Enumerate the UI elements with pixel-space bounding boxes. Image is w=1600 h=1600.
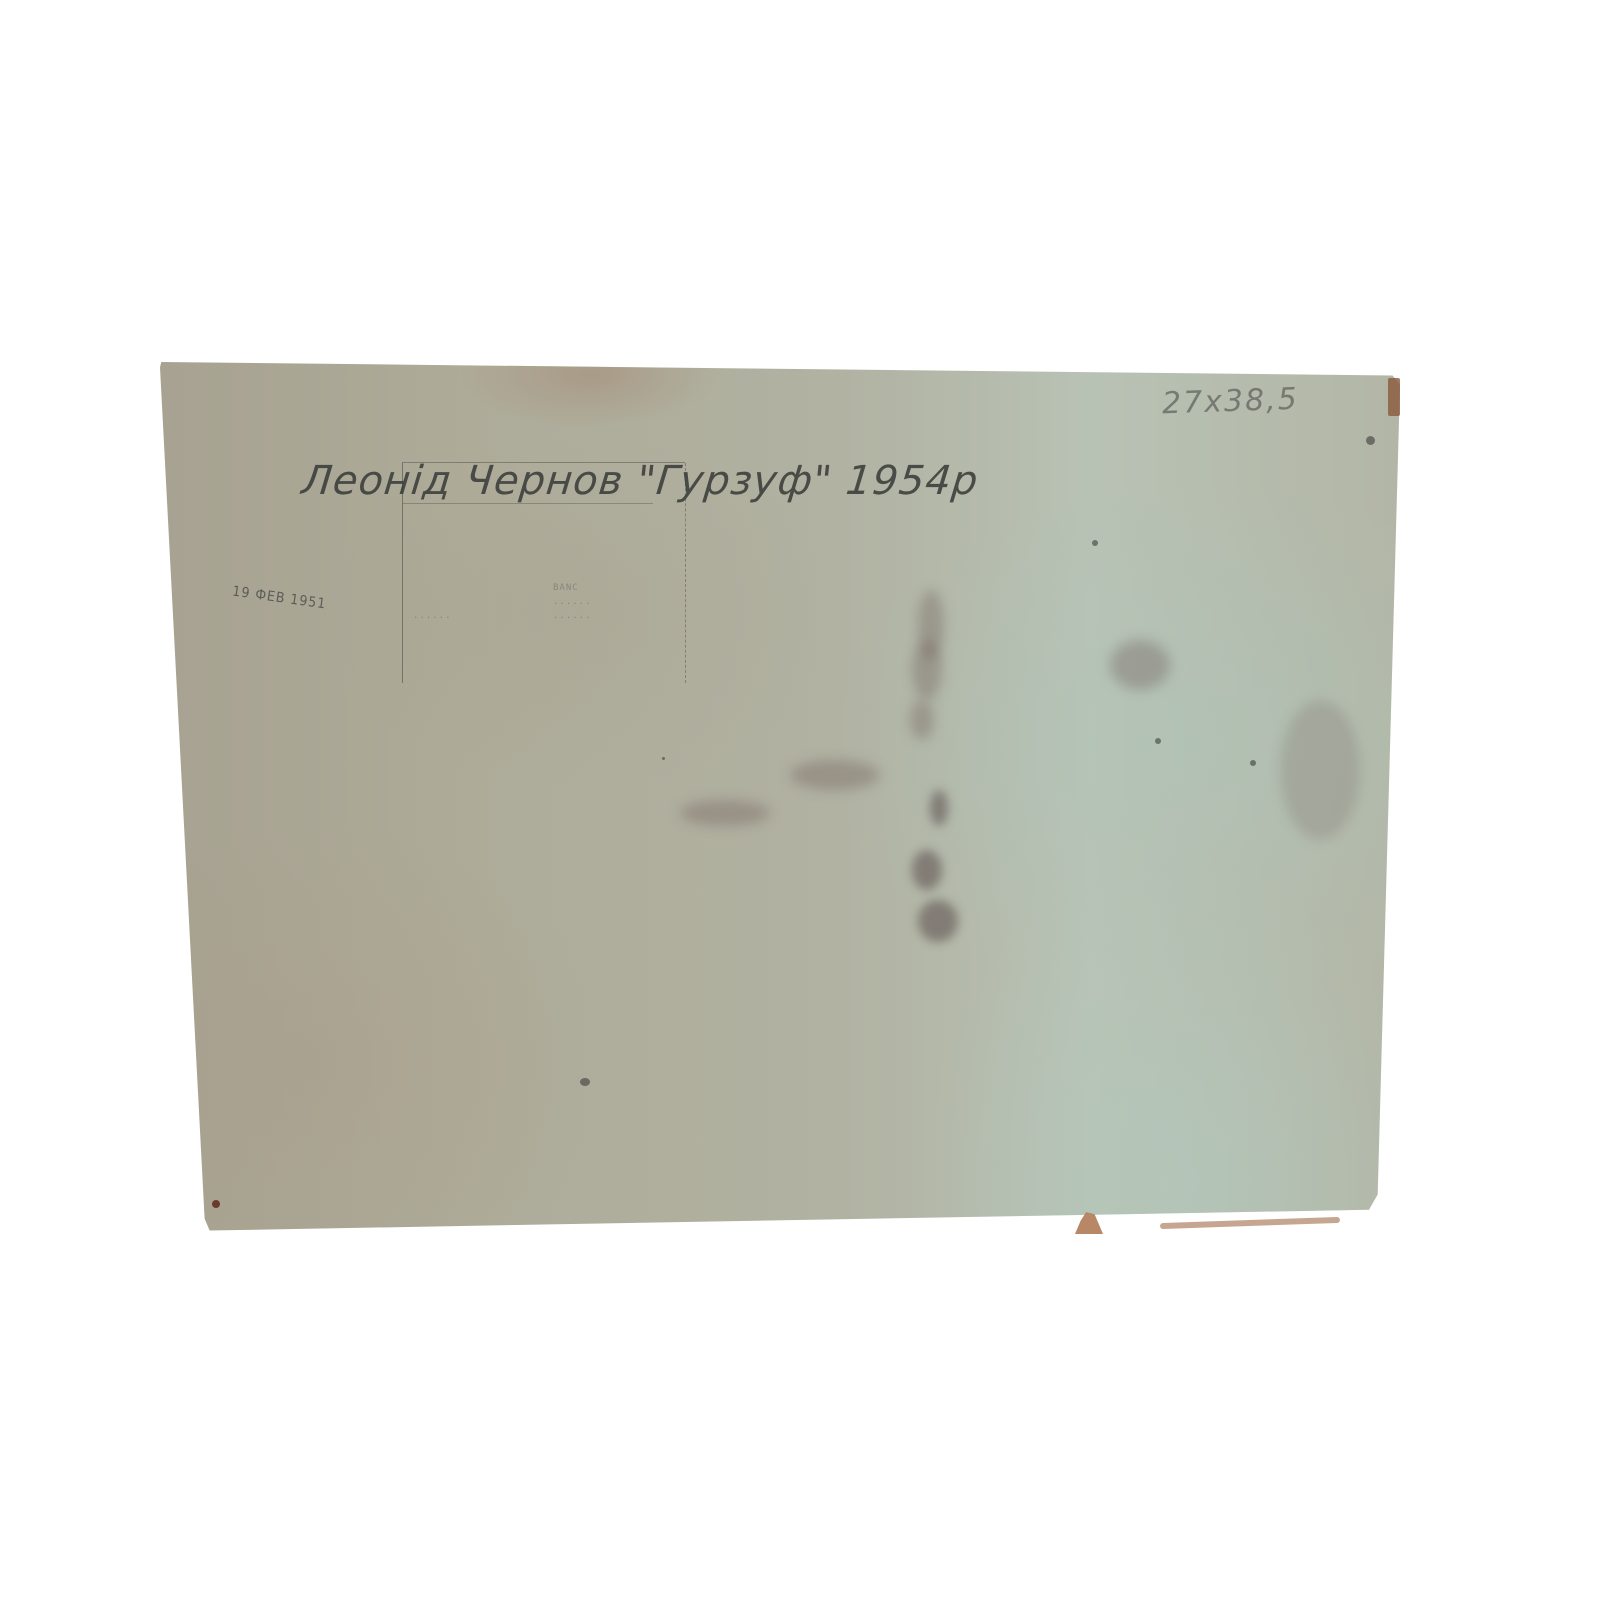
speck xyxy=(662,757,665,760)
stain xyxy=(910,700,934,740)
faded-label-text: BANC xyxy=(553,583,579,593)
stain xyxy=(1280,700,1360,840)
stain xyxy=(912,850,942,890)
photo-scene: BANC ...... ...... ...... Леонід Чернов … xyxy=(0,0,1600,1600)
stain xyxy=(680,800,770,826)
stain xyxy=(790,760,880,790)
speck xyxy=(1366,436,1375,445)
board-nick xyxy=(212,1200,220,1208)
stain xyxy=(918,900,958,942)
faded-label-text: ...... xyxy=(413,611,452,621)
board-edge-wear xyxy=(1160,1217,1340,1229)
stain xyxy=(912,640,942,700)
board-edge-corner xyxy=(1388,378,1400,416)
speck xyxy=(1092,540,1098,546)
dimensions-inscription: 27x38,5 xyxy=(1161,382,1299,422)
stain xyxy=(930,790,948,826)
speck xyxy=(1250,760,1256,766)
board-tear xyxy=(1075,1212,1103,1234)
faded-label-text: ...... xyxy=(553,597,592,607)
stain xyxy=(1110,640,1170,690)
speck xyxy=(580,1078,590,1086)
faded-label-text: ...... xyxy=(553,611,592,621)
artist-title-inscription: Леонід Чернов "Гурзуф" 1954р xyxy=(300,458,981,504)
speck xyxy=(1155,738,1161,744)
